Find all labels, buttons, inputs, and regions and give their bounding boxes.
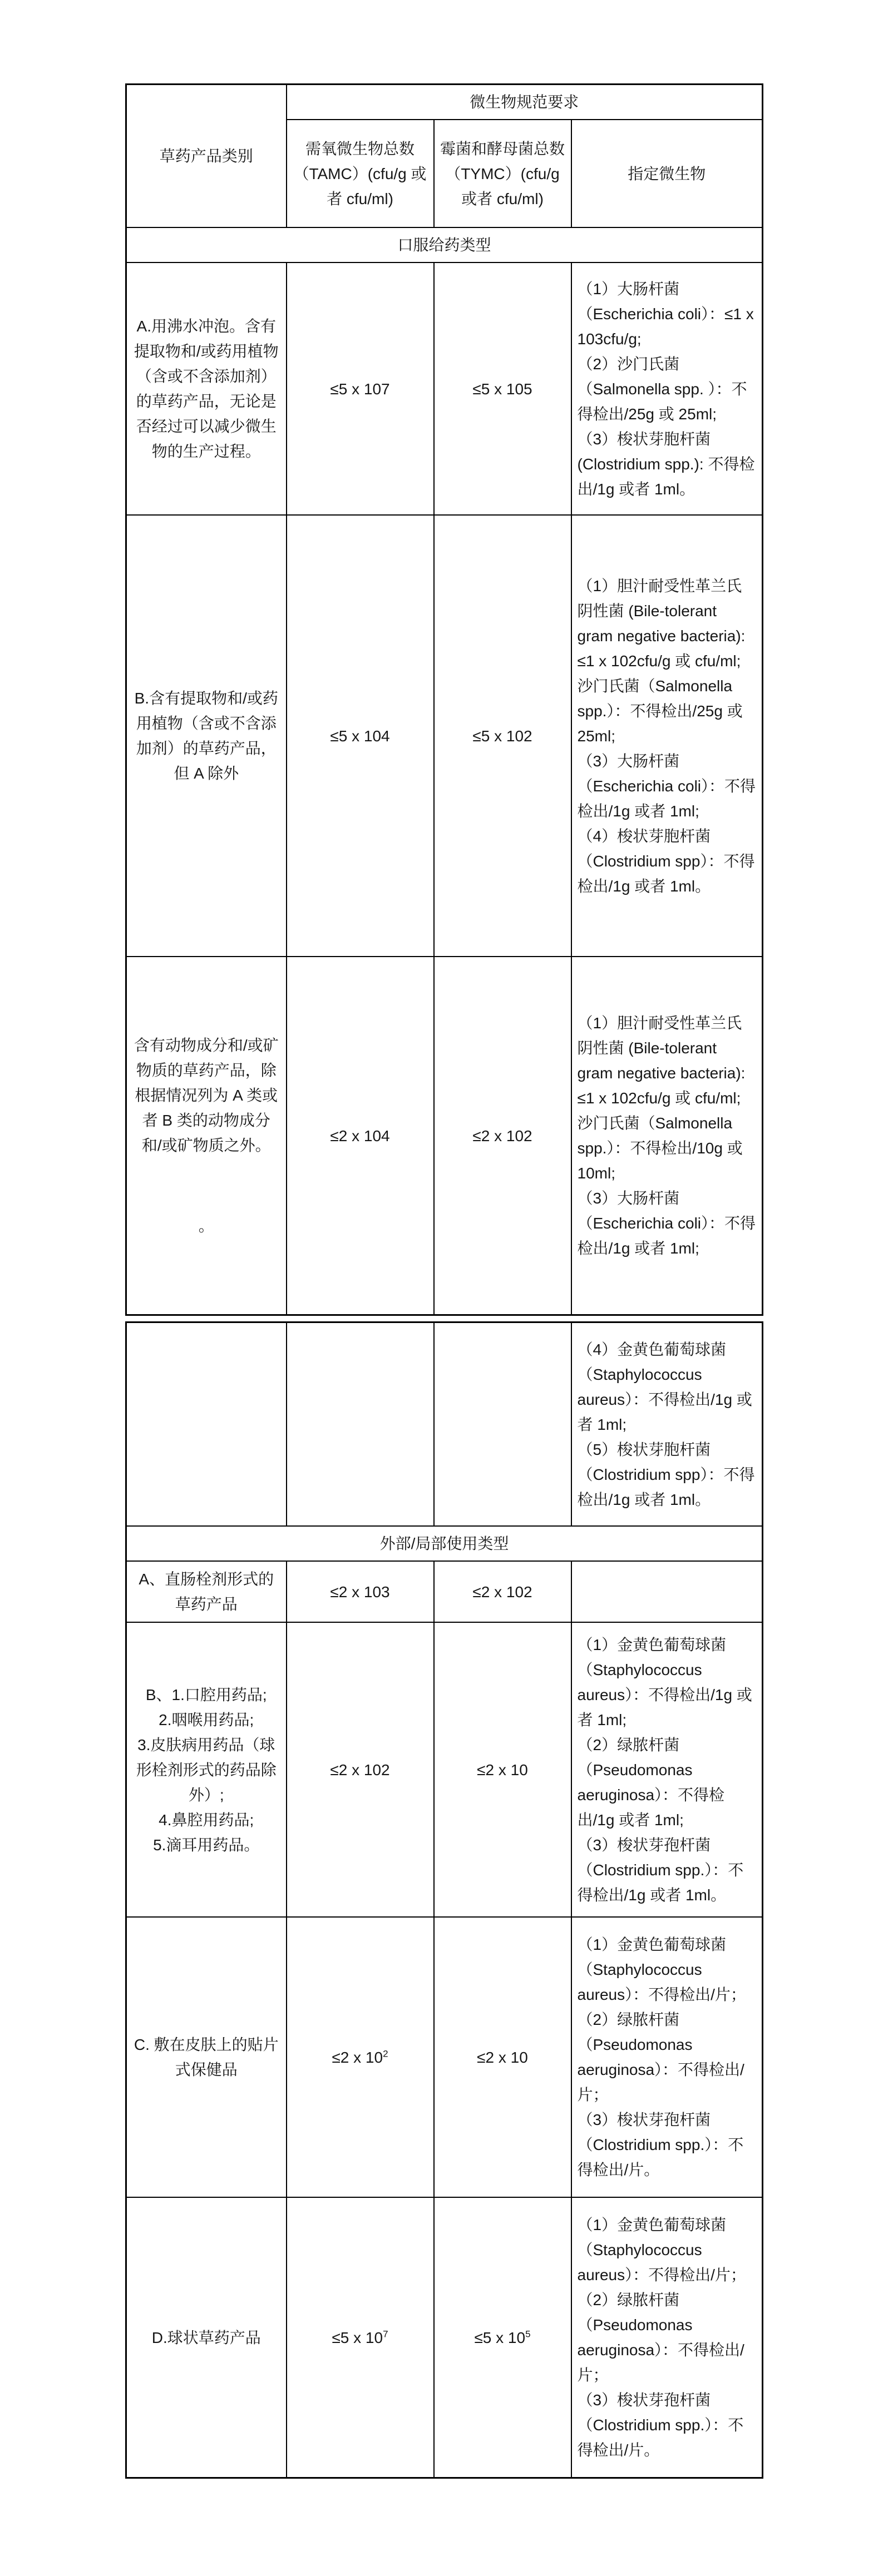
tamc-base: ≤5 x 104 xyxy=(330,727,389,745)
category-text: 含有动物成分和/或矿物质的草药产品，除根据情况列为 A 类或者 B 类的动物成分… xyxy=(132,1033,280,1158)
specified-item: （3）梭状芽孢杆菌（Clostridium spp.）：不得检出/1g 或者 1… xyxy=(578,1832,757,1908)
category-cell: B、1.口腔用药品; 2.咽喉用药品; 3.皮肤病用药品（球形栓剂形式的药品除外… xyxy=(126,1622,287,1917)
specified-item: （5）梭状芽胞杆菌（Clostridium spp）：不得检出/1g 或者 1m… xyxy=(578,1437,757,1512)
specified-item: （2）沙门氏菌（Salmonella spp. ）：不得检出/25g 或 25m… xyxy=(578,351,757,427)
table-row-external-d: D.球状草药产品 ≤5 x 107 ≤5 x 105 （1）金黄色葡萄球菌（St… xyxy=(126,2197,763,2478)
specified-cell: （1）金黄色葡萄球菌（Staphylococcus aureus）：不得检出/1… xyxy=(571,1622,763,1917)
table-row-external-b: B、1.口腔用药品; 2.咽喉用药品; 3.皮肤病用药品（球形栓剂形式的药品除外… xyxy=(126,1622,763,1917)
specified-item: （2）绿脓杆菌（Pseudomonas aeruginosa）：不得检出/1g … xyxy=(578,1732,757,1832)
tamc-base: ≤5 x 10 xyxy=(332,2329,383,2346)
table-wrapper: 草药产品类别 微生物规范要求 需氧微生物总数（TAMC）(cfu/g 或者 cf… xyxy=(125,83,762,2479)
tymc-value: ≤2 x 10 xyxy=(434,1917,571,2197)
header-tymc-cell: 霉菌和酵母菌总数（TYMC）(cfu/g 或者 cfu/ml) xyxy=(434,120,571,227)
category-text: 5.滴耳用药品。 xyxy=(132,1832,280,1857)
specified-cell: （1）金黄色葡萄球菌（Staphylococcus aureus）：不得检出/片… xyxy=(571,1917,763,2197)
specified-cell: （1）大肠杆菌（Escherichia coli）：≤1 x 103cfu/g;… xyxy=(571,262,763,515)
specified-item: （1）胆汁耐受性革兰氏阴性菌 (Bile-tolerant gram negat… xyxy=(578,1010,757,1111)
category-cell: 含有动物成分和/或矿物质的草药产品，除根据情况列为 A 类或者 B 类的动物成分… xyxy=(126,957,287,1315)
category-text: D.球状草药产品 xyxy=(132,2325,280,2350)
header-group-cell: 微生物规范要求 xyxy=(287,85,763,120)
specified-item: （1）金黄色葡萄球菌（Staphylococcus aureus）：不得检出/片… xyxy=(578,1932,757,2007)
category-text: B.含有提取物和/或药用植物（含或不含添加剂）的草药产品，但 A 除外 xyxy=(132,686,280,786)
tamc-value: ≤2 x 102 xyxy=(287,1622,434,1917)
header-row-1: 草药产品类别 微生物规范要求 xyxy=(126,85,763,120)
category-cell-empty xyxy=(126,1322,287,1527)
tamc-base: ≤2 x 102 xyxy=(330,1761,389,1779)
tymc-base: ≤2 x 10 xyxy=(477,1761,528,1779)
specified-item: （3）梭状芽孢杆菌（Clostridium spp.）：不得检出/片。 xyxy=(578,2387,757,2463)
section-title-oral: 口服给药类型 xyxy=(126,227,763,262)
tamc-base: ≤2 x 10 xyxy=(332,2049,383,2066)
category-text: 2.咽喉用药品; xyxy=(132,1707,280,1732)
table-row-oral-continued: （4）金黄色葡萄球菌（Staphylococcus aureus）：不得检出/1… xyxy=(126,1322,763,1527)
tymc-base: ≤5 x 10 xyxy=(474,2329,525,2346)
tymc-base: ≤2 x 102 xyxy=(472,1127,532,1145)
category-cell: A、直肠栓剂形式的草药产品 xyxy=(126,1561,287,1622)
tamc-value: ≤5 x 107 xyxy=(287,262,434,515)
category-cell: B.含有提取物和/或药用植物（含或不含添加剂）的草药产品，但 A 除外 xyxy=(126,515,287,957)
specified-cell: （4）金黄色葡萄球菌（Staphylococcus aureus）：不得检出/1… xyxy=(571,1322,763,1527)
specified-item: 沙门氏菌（Salmonella spp.）：不得检出/10g 或 10ml; xyxy=(578,1111,757,1186)
header-tamc-cell: 需氧微生物总数（TAMC）(cfu/g 或者 cfu/ml) xyxy=(287,120,434,227)
specified-cell: （1）胆汁耐受性革兰氏阴性菌 (Bile-tolerant gram negat… xyxy=(571,957,763,1315)
specified-item: （4）梭状芽胞杆菌（Clostridium spp）：不得检出/1g 或者 1m… xyxy=(578,824,757,899)
tymc-value: ≤2 x 10 xyxy=(434,1622,571,1917)
category-text: A、直肠栓剂形式的草药产品 xyxy=(132,1567,280,1617)
tamc-base: ≤5 x 107 xyxy=(330,380,389,398)
header-category-cell: 草药产品类别 xyxy=(126,85,287,228)
specified-item: （3）大肠杆菌（Escherichia coli）：不得检出/1g 或者 1ml… xyxy=(578,1186,757,1261)
category-text: 。 xyxy=(132,1213,280,1239)
specified-cell-empty xyxy=(571,1561,763,1622)
tamc-value-empty xyxy=(287,1322,434,1527)
table-row-oral-b: B.含有提取物和/或药用植物（含或不含添加剂）的草药产品，但 A 除外 ≤5 x… xyxy=(126,515,763,957)
category-text: A.用沸水冲泡。含有提取物和/或药用植物（含或不含添加剂）的草药产品，无论是否经… xyxy=(132,314,280,464)
specified-item: （1）金黄色葡萄球菌（Staphylococcus aureus）：不得检出/片… xyxy=(578,2212,757,2287)
tamc-sup: 2 xyxy=(383,2048,388,2059)
table-row-oral-a: A.用沸水冲泡。含有提取物和/或药用植物（含或不含添加剂）的草药产品，无论是否经… xyxy=(126,262,763,515)
tymc-value: ≤2 x 102 xyxy=(434,1561,571,1622)
table-row-external-a: A、直肠栓剂形式的草药产品 ≤2 x 103 ≤2 x 102 xyxy=(126,1561,763,1622)
microbial-spec-table-lower: （4）金黄色葡萄球菌（Staphylococcus aureus）：不得检出/1… xyxy=(125,1321,763,2479)
header-specified-cell: 指定微生物 xyxy=(571,120,763,227)
specified-item: （3）梭状芽胞杆菌(Clostridium spp.): 不得检出/1g 或者 … xyxy=(578,427,757,502)
specified-item: （3）大肠杆菌（Escherichia coli）：不得检出/1g 或者 1ml… xyxy=(578,749,757,824)
tamc-base: ≤2 x 104 xyxy=(330,1127,389,1145)
tymc-base: ≤2 x 10 xyxy=(477,2049,528,2066)
tymc-base: ≤2 x 102 xyxy=(472,1583,532,1601)
table-row-external-c: C. 敷在皮肤上的贴片式保健品 ≤2 x 102 ≤2 x 10 （1）金黄色葡… xyxy=(126,1917,763,2197)
tymc-base: ≤5 x 102 xyxy=(472,727,532,745)
specified-item: （1）大肠杆菌（Escherichia coli）：≤1 x 103cfu/g; xyxy=(578,276,757,351)
tymc-value-empty xyxy=(434,1322,571,1527)
tymc-value: ≤5 x 105 xyxy=(434,2197,571,2478)
category-cell: C. 敷在皮肤上的贴片式保健品 xyxy=(126,1917,287,2197)
tymc-base: ≤5 x 105 xyxy=(472,380,532,398)
category-cell: A.用沸水冲泡。含有提取物和/或药用植物（含或不含添加剂）的草药产品，无论是否经… xyxy=(126,262,287,515)
category-text: B、1.口腔用药品; xyxy=(132,1682,280,1707)
tymc-value: ≤5 x 102 xyxy=(434,515,571,957)
specified-item: （2）绿脓杆菌（Pseudomonas aeruginosa）：不得检出/片； xyxy=(578,2007,757,2107)
specified-item: （3）梭状芽孢杆菌（Clostridium spp.）：不得检出/片。 xyxy=(578,2107,757,2182)
specified-item: （1）胆汁耐受性革兰氏阴性菌 (Bile-tolerant gram negat… xyxy=(578,573,757,673)
category-text: 3.皮肤病用药品（球形栓剂形式的药品除外）; xyxy=(132,1732,280,1807)
specified-item: （1）金黄色葡萄球菌（Staphylococcus aureus）：不得检出/1… xyxy=(578,1632,757,1732)
tamc-value: ≤2 x 104 xyxy=(287,957,434,1315)
section-row-oral: 口服给药类型 xyxy=(126,227,763,262)
tamc-base: ≤2 x 103 xyxy=(330,1583,389,1601)
table-row-oral-animal: 含有动物成分和/或矿物质的草药产品，除根据情况列为 A 类或者 B 类的动物成分… xyxy=(126,957,763,1315)
specified-cell: （1）金黄色葡萄球菌（Staphylococcus aureus）：不得检出/片… xyxy=(571,2197,763,2478)
microbial-spec-table-upper: 草药产品类别 微生物规范要求 需氧微生物总数（TAMC）(cfu/g 或者 cf… xyxy=(125,83,763,1316)
specified-item: （2）绿脓杆菌（Pseudomonas aeruginosa）：不得检出/片； xyxy=(578,2287,757,2387)
section-title-external: 外部/局部使用类型 xyxy=(126,1526,763,1561)
tamc-value: ≤2 x 102 xyxy=(287,1917,434,2197)
tamc-value: ≤5 x 104 xyxy=(287,515,434,957)
specified-cell: （1）胆汁耐受性革兰氏阴性菌 (Bile-tolerant gram negat… xyxy=(571,515,763,957)
category-cell: D.球状草药产品 xyxy=(126,2197,287,2478)
section-row-external: 外部/局部使用类型 xyxy=(126,1526,763,1561)
document-page: 草药产品类别 微生物规范要求 需氧微生物总数（TAMC）(cfu/g 或者 cf… xyxy=(0,0,883,2576)
specified-item: 沙门氏菌（Salmonella spp.）：不得检出/25g 或 25ml; xyxy=(578,673,757,749)
category-text: 4.鼻腔用药品; xyxy=(132,1807,280,1832)
tamc-sup: 7 xyxy=(383,2329,388,2339)
tamc-value: ≤2 x 103 xyxy=(287,1561,434,1622)
specified-item: （4）金黄色葡萄球菌（Staphylococcus aureus）：不得检出/1… xyxy=(578,1337,757,1437)
tamc-value: ≤5 x 107 xyxy=(287,2197,434,2478)
category-text: C. 敷在皮肤上的贴片式保健品 xyxy=(132,2032,280,2082)
tymc-sup: 5 xyxy=(525,2329,530,2339)
tymc-value: ≤5 x 105 xyxy=(434,262,571,515)
tymc-value: ≤2 x 102 xyxy=(434,957,571,1315)
